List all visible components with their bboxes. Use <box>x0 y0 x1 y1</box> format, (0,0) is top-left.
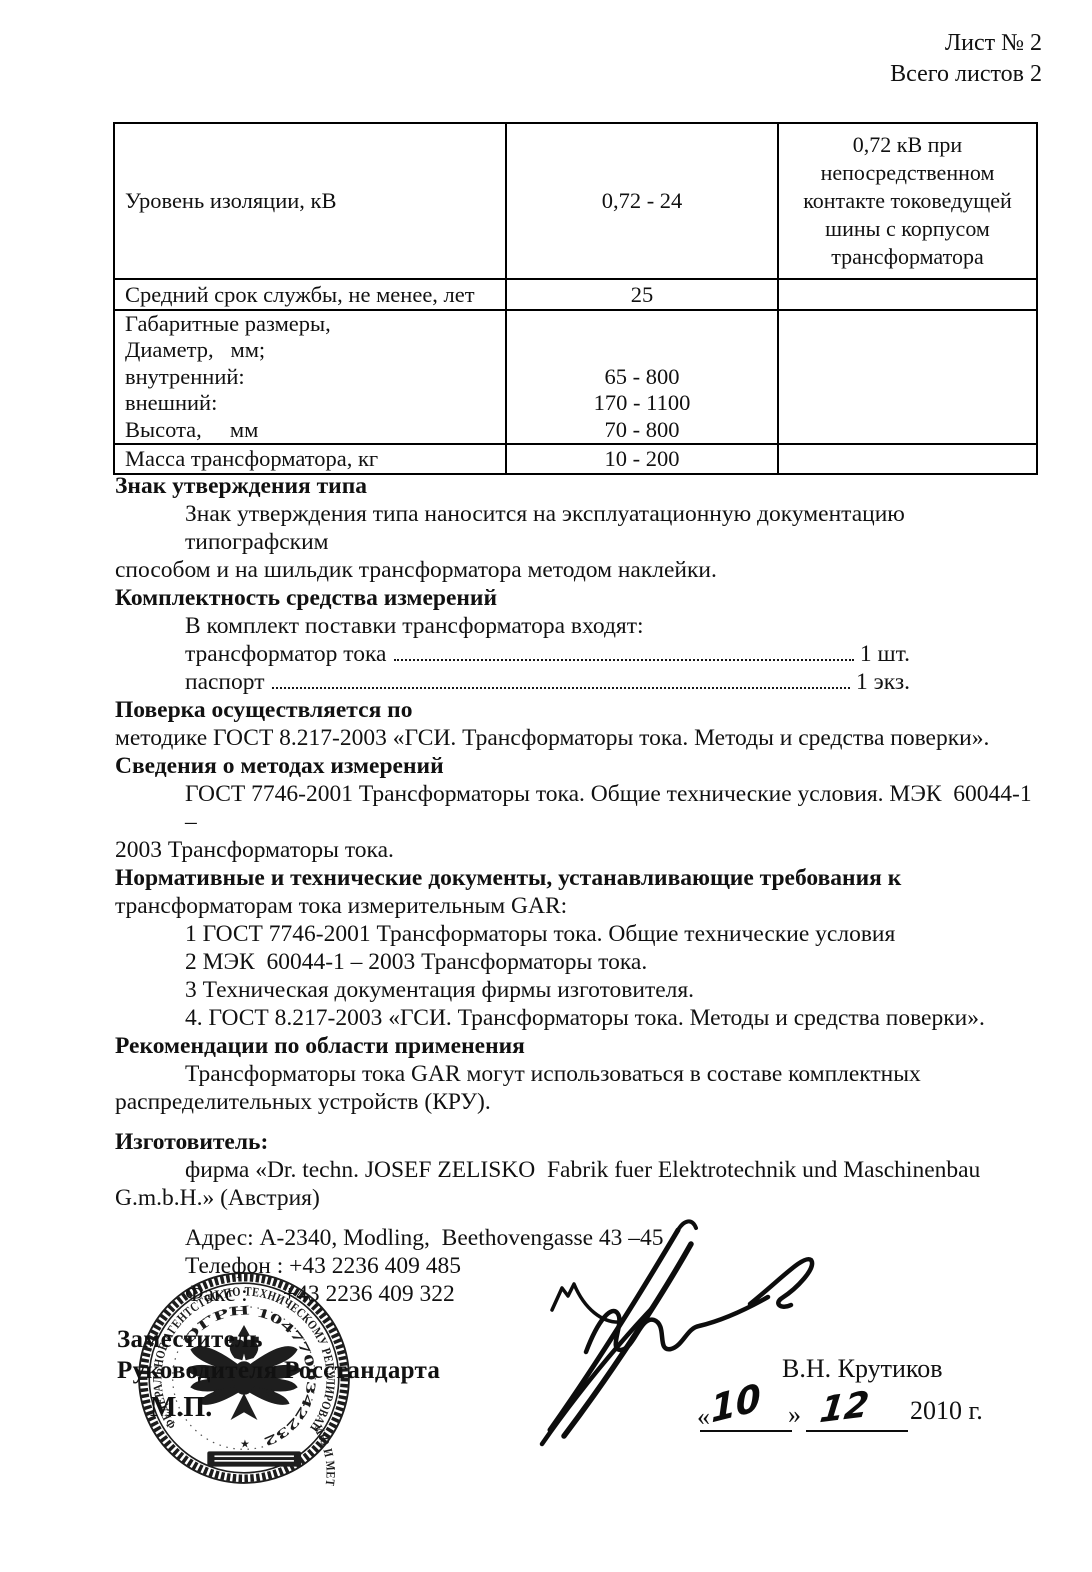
section-heading-manufacturer: Изготовитель: <box>115 1128 1047 1156</box>
note-cell <box>778 310 1037 444</box>
list-item: трансформатор тока 1 шт. <box>115 640 910 668</box>
note-line: трансформатора <box>789 243 1026 271</box>
dotted-leader <box>394 657 853 661</box>
value-cell: 65 - 800 170 - 1100 70 - 800 <box>506 310 778 444</box>
item-qty: 1 шт. <box>860 640 910 668</box>
section-heading-normative: Нормативные и технические документы, уст… <box>115 864 1047 892</box>
section-heading-type-approval: Знак утверждения типа <box>115 472 1047 500</box>
value-line: 70 - 800 <box>517 417 767 443</box>
note-cell <box>778 279 1037 310</box>
section-heading-completeness: Комплектность средства измерений <box>115 584 1047 612</box>
paragraph-line: 2003 Трансформаторы тока. <box>115 836 1047 864</box>
spec-table: Уровень изоляции, кВ 0,72 - 24 0,72 кВ п… <box>113 122 1038 475</box>
section-heading-methods: Сведения о методах измерений <box>115 752 1047 780</box>
value-cell: 25 <box>506 279 778 310</box>
stamp-star: ★ <box>240 1438 250 1450</box>
paragraph-line: Знак утверждения типа наносится на экспл… <box>115 500 1047 556</box>
official-title-line1: Заместитель <box>117 1326 263 1354</box>
paragraph-line: способом и на шильдик трансформатора мет… <box>115 556 1047 584</box>
param-line: Высота, мм <box>125 417 495 443</box>
date-quote-close: » <box>788 1400 801 1430</box>
list-item: 3 Техническая документация фирмы изготов… <box>115 976 1047 1004</box>
item-label: паспорт <box>185 668 264 696</box>
param-line: Диаметр, мм; <box>125 337 495 363</box>
date-year: 2010 г. <box>910 1396 983 1426</box>
sheet-header: Лист № 2 Всего листов 2 <box>890 28 1042 90</box>
param-cell: Масса трансформатора, кг <box>114 444 506 474</box>
value-line <box>517 337 767 363</box>
section-heading-verification: Поверка осуществляется по <box>115 696 1047 724</box>
table-row: Габаритные размеры, Диаметр, мм; внутрен… <box>114 310 1037 444</box>
document-page: Лист № 2 Всего листов 2 Уровень изоляции… <box>0 0 1092 1572</box>
table-row: Масса трансформатора, кг 10 - 200 <box>114 444 1037 474</box>
paragraph-line: трансформаторам тока измерительным GAR: <box>115 892 1047 920</box>
paragraph-line: ГОСТ 7746-2001 Трансформаторы тока. Общи… <box>115 780 1047 836</box>
official-title-line2: Руководителя Росстандарта <box>117 1357 440 1385</box>
param-line: внешний: <box>125 390 495 416</box>
list-item: паспорт 1 экз. <box>115 668 910 696</box>
note-cell <box>778 444 1037 474</box>
param-line: Габаритные размеры, <box>125 311 495 337</box>
list-item: 1 ГОСТ 7746-2001 Трансформаторы тока. Об… <box>115 920 1047 948</box>
note-line: 0,72 кВ при <box>789 131 1026 159</box>
seal-place-mark: М.П. <box>150 1392 212 1424</box>
item-label: трансформатор тока <box>185 640 386 668</box>
dotted-leader <box>272 685 850 689</box>
spacer <box>115 1116 1047 1128</box>
note-line: контакте токоведущей <box>789 187 1026 215</box>
list-item: 4. ГОСТ 8.217-2003 «ГСИ. Трансформаторы … <box>115 1004 1047 1032</box>
value-line <box>517 311 767 337</box>
param-cell: Уровень изоляции, кВ <box>114 123 506 279</box>
list-item: 2 МЭК 60044-1 – 2003 Трансформаторы тока… <box>115 948 1047 976</box>
handwritten-month: 12 <box>818 1385 871 1432</box>
item-qty: 1 экз. <box>856 668 910 696</box>
section-heading-recommendations: Рекомендации по области применения <box>115 1032 1047 1060</box>
value-line: 170 - 1100 <box>517 390 767 416</box>
date-quote-open: « <box>697 1402 710 1432</box>
paragraph-line: фирма «Dr. techn. JOSEF ZELISKO Fabrik f… <box>115 1156 1047 1184</box>
month-underline <box>806 1430 908 1432</box>
paragraph-line: В комплект поставки трансформатора входя… <box>115 612 1047 640</box>
note-line: непосредственном <box>789 159 1026 187</box>
document-body: Знак утверждения типа Знак утверждения т… <box>115 472 1047 1308</box>
day-underline <box>700 1430 792 1432</box>
param-line: внутренний: <box>125 364 495 390</box>
value-cell: 10 - 200 <box>506 444 778 474</box>
note-cell: 0,72 кВ при непосредственном контакте то… <box>778 123 1037 279</box>
paragraph-line: методике ГОСТ 8.217-2003 «ГСИ. Трансформ… <box>115 724 1047 752</box>
param-cell: Габаритные размеры, Диаметр, мм; внутрен… <box>114 310 506 444</box>
value-cell: 0,72 - 24 <box>506 123 778 279</box>
table-row: Уровень изоляции, кВ 0,72 - 24 0,72 кВ п… <box>114 123 1037 279</box>
paragraph-line: Трансформаторы тока GAR могут использова… <box>115 1060 1047 1088</box>
sheet-total: Всего листов 2 <box>890 59 1042 90</box>
signer-name: В.Н. Крутиков <box>782 1354 942 1384</box>
sheet-number: Лист № 2 <box>890 28 1042 59</box>
param-cell: Средний срок службы, не менее, лет <box>114 279 506 310</box>
table-row: Средний срок службы, не менее, лет 25 <box>114 279 1037 310</box>
paragraph-line: распределительных устройств (КРУ). <box>115 1088 1047 1116</box>
note-line: шины с корпусом <box>789 215 1026 243</box>
stamp-banner <box>207 1451 301 1466</box>
value-line: 65 - 800 <box>517 364 767 390</box>
